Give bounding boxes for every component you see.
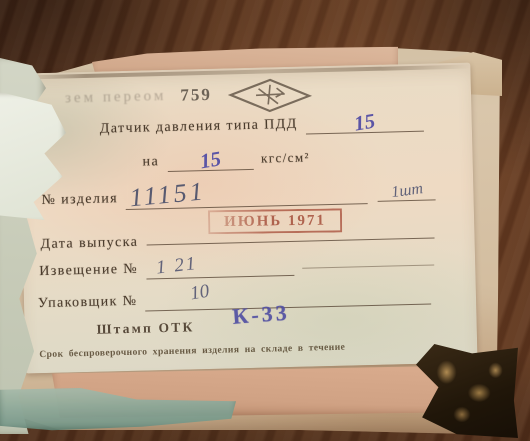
product-label: зем переом 759 Датчик давления типа ПДД … bbox=[18, 63, 477, 374]
product-number-blank: 11151 bbox=[125, 173, 368, 210]
k33-stamp: К-33 bbox=[231, 300, 290, 330]
otk-stamp-line: Штамп ОТК bbox=[96, 319, 194, 337]
notice-blank: 1 21 bbox=[146, 253, 295, 280]
sensor-type-value-handwritten: 15 bbox=[353, 109, 378, 137]
pressure-label: на bbox=[142, 154, 159, 170]
issue-date-blank: ИЮНЬ 1971 bbox=[146, 211, 435, 245]
product-number-handwritten: 11151 bbox=[125, 176, 208, 213]
pressure-blank: 15 bbox=[167, 144, 254, 172]
otk-stamp-label: Штамп ОТК bbox=[96, 319, 194, 337]
pressure-unit: кгс/см² bbox=[261, 149, 310, 166]
packer-number-handwritten: 10 bbox=[144, 281, 212, 313]
storage-period-line: Срок беспроверочного хранения изделия на… bbox=[39, 342, 345, 360]
sensor-type-label: Датчик давления типа ПДД bbox=[100, 117, 298, 138]
pressure-rating-line: на 15 кгс/см² bbox=[142, 142, 310, 172]
notice-line: Извещение № 1 21 bbox=[39, 249, 434, 282]
date-stamp: ИЮНЬ 1971 bbox=[208, 208, 342, 234]
sensor-type-blank: 15 bbox=[305, 106, 424, 135]
product-number-line: № изделия 11151 1шт bbox=[41, 171, 436, 212]
photo-of-box: зем переом 759 Датчик давления типа ПДД … bbox=[0, 0, 530, 441]
packer-label: Упаковщик № bbox=[38, 294, 138, 312]
notice-label: Извещение № bbox=[39, 262, 138, 280]
storage-period-text: Срок беспроверочного хранения изделия на… bbox=[39, 342, 345, 360]
issue-date-label: Дата выпуска bbox=[40, 235, 138, 253]
faint-stamp-text: зем переом bbox=[65, 87, 167, 106]
stamp-number: 759 bbox=[180, 85, 212, 106]
notice-value-handwritten: 1 21 bbox=[145, 253, 198, 281]
quantity-blank: 1шт bbox=[378, 181, 436, 201]
pressure-value-handwritten: 15 bbox=[198, 146, 223, 174]
product-number-label: № изделия bbox=[41, 191, 118, 209]
notice-blank-2 bbox=[302, 264, 434, 268]
issue-date-line: Дата выпуска ИЮНЬ 1971 bbox=[40, 211, 434, 253]
quantity-handwritten: 1шт bbox=[390, 180, 424, 202]
